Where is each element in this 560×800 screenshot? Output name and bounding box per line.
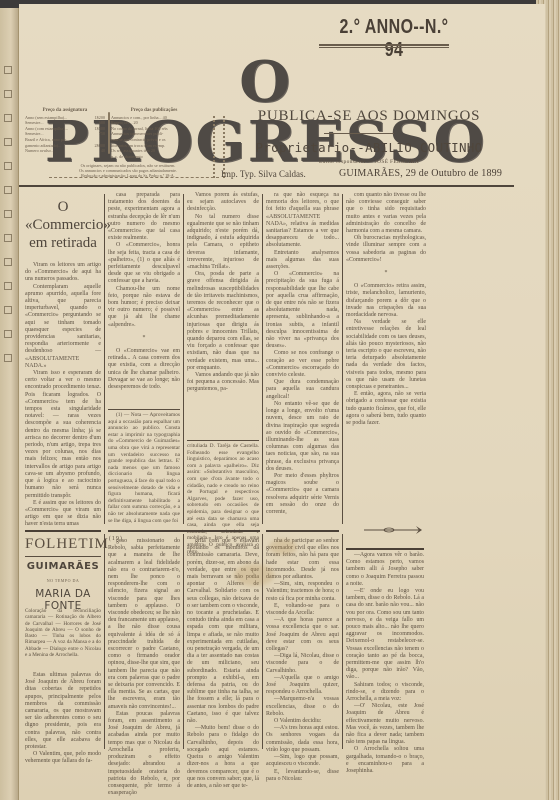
paragraph: com quanto não tivesse ou lhe não convie… [346, 192, 426, 235]
adjacent-page-edge [0, 8, 19, 800]
section-rule [108, 530, 260, 532]
article-column-1: O «Commercio» em retirada Viram os leito… [25, 192, 101, 529]
folhetim-title: GUIMARÃES [25, 561, 101, 572]
folhetim-col1-text: Estas ultimas palavras do José Joaquim d… [25, 672, 101, 766]
paragraph: —Diga lá, Nicolau, disse o visconde para… [266, 653, 339, 675]
publication-prices-box: Preço das publicações Annuncios e com., … [111, 108, 197, 159]
checkbox-mark-icon [4, 330, 12, 338]
header-rule [19, 185, 514, 187]
checkbox-mark-icon [4, 306, 12, 314]
subscription-value: 40 [101, 148, 105, 154]
column-divider [342, 194, 343, 524]
paragraph: —A's tres horas aqui estou. Os senhores … [266, 725, 339, 754]
folhetim-summary: Coloração da reconciliação camararia — R… [25, 608, 101, 658]
subscription-title: Preço da assignatura [25, 108, 105, 114]
paragraph: Oh burocracias mythologicas, vinde illum… [346, 235, 426, 264]
article-column-3: Vamos porem ás estufas, eu sejam autocla… [187, 192, 259, 394]
article-column-2: casa preparada para tratamento dos doent… [108, 192, 180, 391]
subscription-value: 750 [99, 131, 105, 137]
folhetim-column-5: —Agora vamos vêr o barão. Como estamos p… [346, 552, 424, 775]
checkbox-mark-icon [4, 66, 12, 74]
paragraph: —Marquemo-n'a vossas excellencias, disse… [266, 696, 339, 718]
paragraph: No tal numero disse egualmente que se nã… [187, 214, 259, 272]
dateline: GUIMARÃES, 29 de Outubro de 1899 [339, 168, 502, 179]
paragraph: Chamou-lhe um nome feio, porque não esta… [108, 286, 180, 329]
column-divider [104, 194, 105, 524]
column-divider [183, 194, 184, 524]
checkbox-mark-icon [4, 114, 12, 122]
checkbox-mark-icon [4, 90, 12, 98]
paragraph: goso missionario do Rebolo, sabia perfei… [108, 538, 180, 711]
imprint: Imp. Typ. Silva Caldas. [221, 169, 306, 179]
paragraph: * [346, 270, 426, 277]
paragraph: —O' Nicolau, este José Joaquim de Abreu … [346, 703, 424, 746]
checkbox-mark-icon [4, 282, 12, 290]
paragraph: —Sim, logo que possam, acquiesceu o visc… [266, 754, 339, 768]
publication-line: p. c. de abatimento [111, 154, 197, 160]
article-column-4: ra que não esqueça na memoria dos leitor… [266, 192, 339, 516]
article-col1-text: Viram os leitores um artigo do «Commerci… [25, 262, 101, 529]
section-rule [266, 530, 339, 532]
folhetim-column-2: goso missionario do Rebolo, sabia perfei… [108, 538, 180, 797]
paragraph: —Sim, sim, respondeu o Valentim; tractem… [266, 581, 339, 603]
subscription-rows: Anno (sem estampilha)...1$200Semestre...… [25, 115, 105, 154]
editor-line: Editor responsavel — JOSÉ FERREIRA [249, 159, 489, 165]
paragraph: E é assim que os leitores do «Commercio»… [25, 500, 101, 529]
paragraph: —Muito bem! disse o do Rebolo para o fid… [187, 725, 259, 790]
footnote-text: (1) — Nota — Aproveitamos aqui a occasiã… [108, 412, 180, 524]
paragraph: casa preparada para tratamento dos doent… [108, 192, 180, 242]
folhetim-summary-text: Coloração da reconciliação camararia — R… [25, 608, 101, 658]
article-title: O «Commercio» em retirada [25, 198, 101, 252]
note-rule [187, 440, 259, 441]
paragraph: Viram os leitores um artigo do «Commerci… [25, 262, 101, 284]
paragraph: Viram isso e esperaram de certo voltar a… [25, 370, 101, 500]
checkbox-mark-icon [4, 234, 12, 242]
paragraph: Entretanto analysemos mais algumas das s… [266, 250, 339, 272]
ornament-divider [108, 112, 110, 154]
paragraph: Sahiram todos; o visconde, rindo-se, e d… [346, 682, 424, 704]
folhetim-column-4: nha de participar ao senhor governador c… [266, 538, 339, 783]
article-col2-text: casa preparada para tratamento dos doent… [108, 192, 180, 391]
paragraph: Vamos porem ás estufas, eu sejam autocla… [187, 192, 259, 214]
tagline-rule [324, 133, 394, 134]
checkbox-mark-icon [4, 258, 12, 266]
checkbox-mark-icon [4, 186, 12, 194]
subscription-box: Preço da assignatura Anno (sem estampilh… [25, 108, 105, 154]
folhetim-col4-text: nha de participar ao senhor governador c… [266, 538, 339, 783]
paper-stain [269, 539, 297, 555]
ornament-bar [49, 177, 219, 178]
paragraph: O «Commercio» na precipitação da sua fug… [266, 271, 339, 350]
publication-lines: Annuncios e com., por linha... 40Repetiç… [111, 115, 197, 160]
paragraph: —E' onde eu logo vou tambem, disse o do … [346, 588, 424, 682]
header-notice: Os originaes, sejam ou não publicados, n… [33, 163, 223, 178]
issue-rule [319, 44, 449, 48]
paragraph: O Arrochella soltou uma gargalhada, toma… [346, 746, 424, 775]
publication-title: Preço das publicações [111, 108, 197, 114]
paragraph: E então, agora, não se veria obrigado a … [346, 391, 426, 427]
subscription-label: Numero avulso... [25, 148, 54, 154]
paragraph: O «Commercio» vae em retirada... A casa … [108, 348, 180, 391]
paragraph: E, voltando-se para o visconde da Arcell… [266, 603, 339, 617]
article-col4-text: ra que não esqueça na memoria dos leitor… [266, 192, 339, 516]
section-rule [25, 530, 101, 532]
column-divider [342, 534, 343, 749]
newspaper-page: 2.° ANNO--N.° 94 O PROGRESSO Preço da as… [19, 4, 545, 800]
paragraph: Que dura condemnação para aquella sua ca… [266, 379, 339, 401]
note-rule [108, 409, 180, 410]
folhetim-heading: FOLHETIM(19) [25, 536, 101, 553]
paragraph: O Valentim, que, pelo modo vehemente que… [25, 751, 101, 765]
paragraph: —A'quella que o amigo José Joaquim quize… [266, 675, 339, 697]
checkbox-mark-icon [4, 354, 12, 362]
paragraph: O «Commercio» retira assim, triste, mela… [346, 283, 426, 319]
article-column-5: com quanto não tivesse ou lhe não convie… [346, 192, 426, 427]
paragraph: E, levantando-se, disse para o Nicolau: [266, 769, 339, 783]
paragraph: Por meio d'esses phyltros magicos soube … [266, 473, 339, 516]
paragraph: Estas poucas palavras foram, em assentim… [108, 711, 180, 797]
section-rule [346, 548, 424, 550]
article-col3-text: Vamos porem ás estufas, eu sejam autocla… [187, 192, 259, 394]
folhetim-small-line: NO TEMPO DA [25, 578, 101, 583]
column-divider [183, 534, 184, 749]
column-divider [262, 194, 263, 524]
paragraph: —A que horas parece a vossa excellencia … [266, 617, 339, 653]
checkbox-mark-icon [4, 138, 12, 146]
proprietor-line: Proprietario--ABILIO COUTINHO [219, 140, 519, 155]
paragraph: ra que não esqueça na memoria dos leitor… [266, 192, 339, 250]
folhetim-col2-text: goso missionario do Rebolo, sabia perfei… [108, 538, 180, 797]
paragraph: Como se nos confrange o coração ao ver e… [266, 350, 339, 379]
paragraph: Contemplaram aquelle aprumo apurrido, aq… [25, 284, 101, 370]
checkbox-mark-icon [4, 162, 12, 170]
folhetim-col5-text: —Agora vamos vêr o barão. Como estamos p… [346, 552, 424, 775]
footnote-1: (1) — Nota — Aproveitamos aqui a occasiã… [108, 412, 180, 524]
paragraph: No entanto vê-se que de longe a longe, e… [266, 401, 339, 473]
folhetim-label: FOLHETIM [25, 536, 109, 552]
paragraph: Ora, posda de parte a grave offensa diri… [187, 271, 259, 372]
paragraph: Vamos andando que já não foi pequena a c… [187, 372, 259, 394]
subscription-row: Numero avulso...40 [25, 148, 105, 154]
paragraph: * [108, 335, 180, 342]
fleuron-ornament [364, 526, 434, 534]
paragraph: O Valentim decidiu: [266, 718, 339, 725]
paragraph: —Agora vamos vêr o barão. Como estamos p… [346, 552, 424, 588]
paragraph: O «Commercio», honra lhe seja feita, tra… [108, 242, 180, 285]
folhetim-column-1: Estas ultimas palavras do José Joaquim d… [25, 672, 101, 766]
folhetim-rule [25, 556, 101, 557]
paper-stain [234, 564, 274, 586]
tagline: PUBLICA-SE AOS DOMINGOS [249, 108, 489, 125]
paragraph: Na verdade se elle entretivesse relações… [346, 319, 426, 391]
paragraph: Estas ultimas palavras do José Joaquim d… [25, 672, 101, 751]
checkbox-mark-icon [4, 210, 12, 218]
column-divider [104, 534, 105, 749]
article-col5-text: com quanto não tivesse ou lhe não convie… [346, 192, 426, 427]
